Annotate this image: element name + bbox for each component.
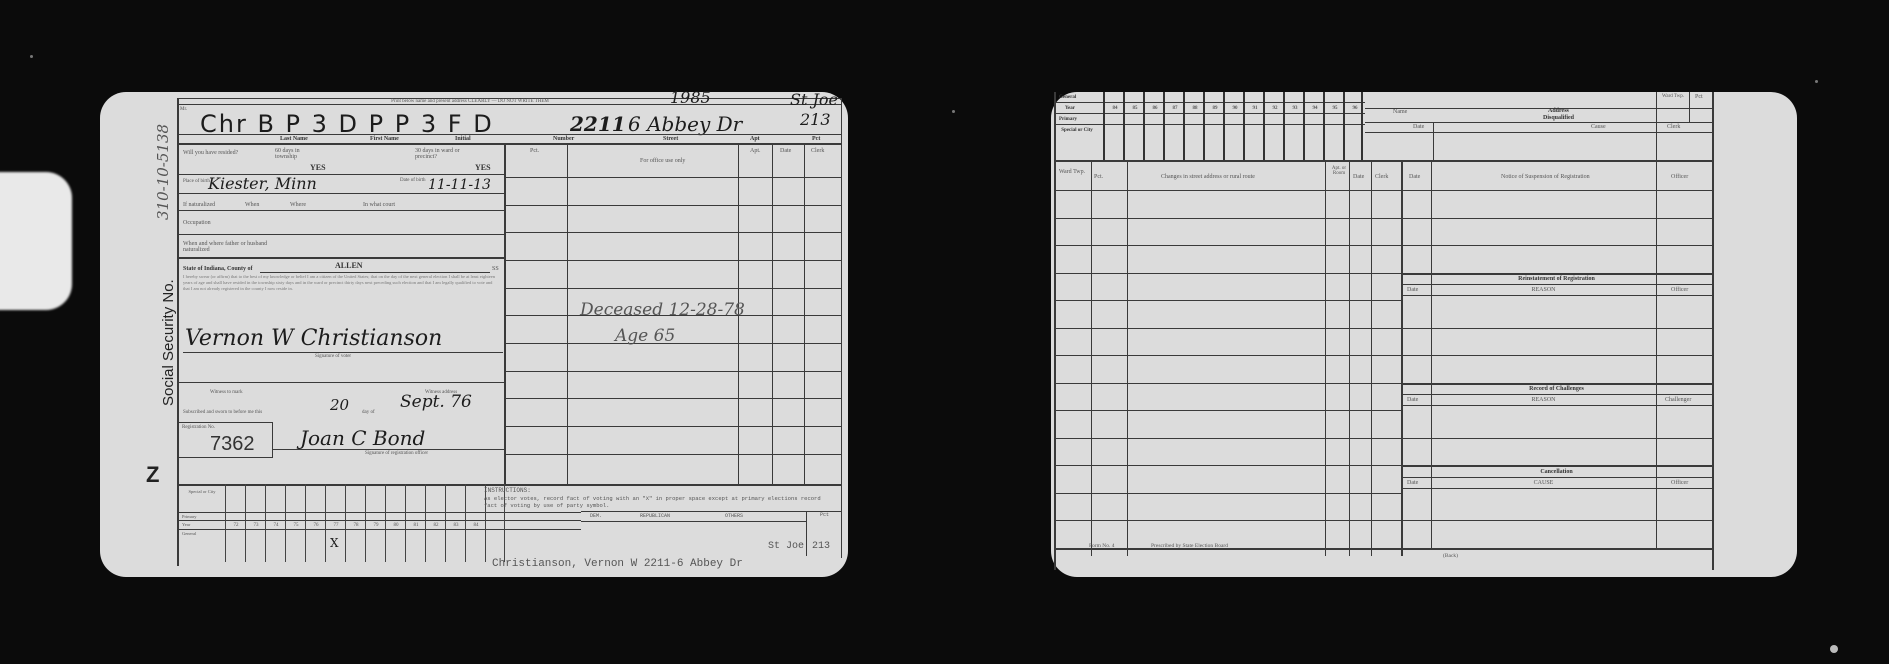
office-header-clerk: Clerk [811, 148, 824, 154]
grid-year: 93 [1285, 106, 1305, 111]
naturalized-label: If naturalized [183, 202, 215, 208]
rule [177, 210, 504, 211]
label-initial: Initial [455, 136, 471, 142]
rule [1054, 160, 1712, 162]
dust-speck [952, 110, 955, 113]
grid-year: 88 [1185, 106, 1205, 111]
back-address-label: Address [1548, 108, 1569, 114]
rule [1401, 245, 1712, 246]
occupation-label: Occupation [183, 220, 211, 226]
back-name-label: Name [1393, 109, 1407, 115]
pct-box-label: Pct [820, 513, 829, 518]
rule [177, 143, 841, 145]
suspension-header-officer: Officer [1671, 174, 1688, 180]
footer-form-no: Form No. 4 [1089, 544, 1115, 550]
grid-year: 84 [466, 523, 486, 528]
sworn-day: 20 [330, 398, 349, 413]
divider [1349, 160, 1350, 556]
grid-year: 76 [306, 523, 326, 528]
reinstatement-header-officer: Officer [1671, 287, 1688, 293]
birthplace-value: Kiester, Minn [208, 176, 317, 192]
changes-header-date: Date [1353, 174, 1364, 180]
q2-answer: YES [310, 164, 326, 172]
back-grid-year: Year [1065, 106, 1075, 111]
registration-no-label: Registration No. [182, 425, 215, 430]
typed-township: St Joe [768, 542, 804, 552]
rule [581, 511, 841, 512]
rule [1054, 190, 1401, 191]
back-ward-twp-label: Ward Twp. [1657, 94, 1689, 99]
label-apt: Apt [750, 136, 760, 142]
frame-right [1712, 92, 1714, 570]
rule [1401, 405, 1712, 406]
witness-label: Witness to mark [210, 390, 243, 395]
rule [1054, 245, 1401, 246]
voter-signature: Vernon W Christianson [185, 328, 442, 350]
q3-answer: YES [475, 164, 491, 172]
voter-signature-label: Signature of voter [315, 354, 351, 359]
registration-no: 7362 [210, 434, 255, 454]
party-rep: REPUBLICAN [640, 514, 670, 519]
rule [1054, 328, 1401, 329]
divider [1433, 122, 1434, 160]
suspension-header-notice: Notice of Suspension of Registration [1501, 174, 1590, 180]
changes-header-apt: Apt. or Room [1327, 166, 1351, 176]
grid-year: 72 [226, 523, 246, 528]
rule [1401, 394, 1712, 395]
grid-year: 92 [1265, 106, 1285, 111]
divider [1325, 160, 1326, 556]
rule [1401, 383, 1712, 385]
prefix-label: Mr. [180, 107, 187, 112]
rule [1054, 218, 1401, 219]
grid-label-primary: Primary [182, 515, 197, 520]
divider [1689, 92, 1690, 122]
rule [260, 272, 490, 273]
divider [1371, 160, 1372, 556]
grid-year: 79 [366, 523, 386, 528]
rule [504, 454, 841, 455]
divider [1401, 160, 1403, 556]
officer-signature: Joan C Bond [300, 428, 425, 448]
rule [1401, 465, 1712, 467]
back-cause-label: Cause [1591, 124, 1606, 130]
officer-signature-label: Signature of registration officer [365, 451, 428, 456]
top-note-2: St Joe [790, 92, 838, 108]
rule [504, 426, 841, 427]
rule [1401, 328, 1712, 329]
changes-header-ward: Ward Twp. [1055, 169, 1089, 175]
divider [504, 143, 506, 484]
rule [177, 134, 841, 135]
rule [1401, 438, 1712, 439]
grid-year: 82 [426, 523, 446, 528]
changes-header-clerk: Clerk [1375, 174, 1388, 180]
rule [1401, 355, 1712, 356]
divider [1127, 160, 1128, 556]
precinct-handwritten: 213 [800, 112, 831, 128]
back-pct-label: Pct [1695, 94, 1703, 100]
naturalized-when: When [245, 202, 259, 208]
office-note-age: Age 65 [615, 328, 675, 345]
divider [806, 511, 807, 556]
back-grid-general: General [1059, 95, 1076, 100]
back-election-grid-columns: 84 85 86 87 88 89 90 91 92 93 94 95 96 [1103, 92, 1363, 160]
naturalized-court: In what court [363, 202, 395, 208]
election-grid-columns: 72 73 74 75 76 77X 78 79 80 81 82 83 84 [225, 484, 505, 562]
changes-header-pct: Pct. [1094, 174, 1103, 180]
rule [1054, 493, 1401, 494]
birthdate-value: 11-11-13 [428, 178, 491, 192]
rule [1054, 273, 1401, 274]
rule [581, 521, 806, 522]
back-date-label: Date [1413, 124, 1424, 130]
rule [177, 193, 504, 194]
registration-card-back: General Year Primary Special or City 84 … [1051, 92, 1797, 577]
label-pct: Pct [812, 136, 820, 142]
rule [1401, 273, 1712, 275]
grid-year: 89 [1205, 106, 1225, 111]
party-dem: DEM. [590, 514, 602, 519]
reinstatement-header-reason: REASON [1431, 287, 1656, 293]
divider [1656, 92, 1657, 160]
suspension-header-date: Date [1409, 174, 1420, 180]
grid-year: 80 [386, 523, 406, 528]
rule [1054, 465, 1401, 466]
grid-year: 75 [286, 523, 306, 528]
grid-label-special: Special or City [182, 490, 222, 495]
sworn-day-label: day of [362, 410, 375, 415]
q2-label: 60 days in township [275, 148, 315, 160]
rule [1401, 218, 1712, 219]
challenges-title: Record of Challenges [1401, 386, 1712, 392]
naturalized-where: Where [290, 202, 306, 208]
cancellation-header-date: Date [1407, 480, 1418, 486]
rule [1365, 108, 1712, 109]
rule [1401, 284, 1712, 285]
county-value: ALLEN [335, 262, 363, 270]
grid-label-year: Year [182, 523, 190, 528]
registration-card-front: Social Security No. 310-10-5138 Z Print … [100, 92, 848, 577]
rule [504, 398, 841, 399]
divider [567, 143, 568, 484]
rule [1054, 300, 1401, 301]
dust-speck [30, 55, 33, 58]
top-note: 1985 [670, 90, 711, 106]
grid-year: 95 [1325, 106, 1345, 111]
dust-speck [1815, 80, 1818, 83]
grid-year: 78 [346, 523, 366, 528]
frame-left [1054, 92, 1056, 570]
cancellation-header-cause: CAUSE [1431, 480, 1656, 486]
back-clerk-label: Clerk [1667, 124, 1680, 130]
grid-year: 94 [1305, 106, 1325, 111]
rule [504, 177, 841, 178]
back-disqualified-label: Disqualified [1543, 115, 1574, 121]
rule [1054, 520, 1401, 521]
rule [1365, 122, 1712, 123]
rule [504, 260, 841, 261]
rule [1401, 477, 1712, 478]
label-first-name: First Name [370, 136, 399, 142]
party-others: OTHERS [725, 514, 743, 519]
grid-year: 87 [1165, 106, 1185, 111]
grid-year: 85 [1125, 106, 1145, 111]
label-number: Number [553, 136, 574, 142]
rule [1401, 295, 1712, 296]
typed-precinct: 213 [812, 542, 830, 552]
grid-year: 73 [246, 523, 266, 528]
grid-year: 74 [266, 523, 286, 528]
divider [1091, 160, 1092, 556]
sworn-label: Subscribed and sworn to before me this [183, 410, 262, 415]
grid-year: 96 [1345, 106, 1365, 111]
label-last-name: Last Name [280, 136, 308, 142]
address-street: 6 Abbey Dr [628, 114, 742, 134]
rule [1054, 383, 1401, 384]
back-grid-primary: Primary [1059, 117, 1077, 122]
name-handwritten: Chr B P 3 D P P 3 F D [200, 112, 494, 136]
frame-left [177, 98, 179, 566]
changes-header-address: Changes in street address or rural route [1161, 174, 1255, 180]
frame-right [841, 98, 842, 558]
divider [772, 143, 773, 484]
rule [1054, 355, 1401, 356]
q3-label: 30 days in ward or precinct? [415, 148, 465, 160]
typed-index: Christianson, Vernon W 2211-6 Abbey Dr [492, 559, 743, 570]
grid-year: 84 [1105, 106, 1125, 111]
label-street: Street [663, 136, 678, 142]
grid-year: 91 [1245, 106, 1265, 111]
office-header-date: Date [780, 148, 791, 154]
birthdate-label: Date of birth [400, 178, 426, 183]
back-grid-special: Special or City [1057, 128, 1097, 133]
reinstatement-title: Reinstatement of Registration [1401, 276, 1712, 282]
office-header-office-use: For office use only [640, 158, 685, 164]
rule [1054, 438, 1401, 439]
rule [504, 205, 841, 206]
rule [177, 257, 504, 259]
grid-year: 90 [1225, 106, 1245, 111]
divider [804, 143, 805, 484]
rule [504, 288, 841, 289]
address-number: 2211 [570, 114, 626, 134]
film-overexposure [0, 172, 72, 310]
ssn-handwritten: 310-10-5138 [156, 124, 171, 220]
rule [1365, 132, 1712, 133]
rule [273, 449, 504, 450]
instructions-label: INSTRUCTIONS: [484, 488, 531, 494]
rule [183, 352, 503, 353]
office-note-deceased: Deceased 12-28-78 [580, 302, 745, 319]
challenges-header-challenger: Challenger [1665, 397, 1691, 403]
birthplace-label: Place of birth [183, 179, 210, 184]
rule [1401, 190, 1712, 191]
ssn-label: Social Security No. [160, 279, 177, 406]
rule [1054, 410, 1401, 411]
grid-year: 77 [326, 523, 346, 528]
challenges-header-date: Date [1407, 397, 1418, 403]
oath-text: I hereby swear (or affirm) that to the b… [183, 274, 499, 292]
footer-prescribed: Prescribed by State Election Board [1151, 544, 1228, 550]
rule [504, 371, 841, 372]
header-instruction: Print below name and present address CLE… [320, 99, 620, 104]
reinstatement-header-date: Date [1407, 287, 1418, 293]
rule [177, 104, 841, 105]
rule [1401, 488, 1712, 489]
q1-label: Will you have resided? [183, 150, 238, 156]
grid-year: 81 [406, 523, 426, 528]
disability-label: When and where father or husband natural… [183, 241, 273, 253]
grid-year: 86 [1145, 106, 1165, 111]
grid-label-general: General [182, 532, 196, 537]
rule [177, 234, 504, 235]
challenges-header-reason: REASON [1431, 397, 1656, 403]
sworn-month-year: Sept. 76 [400, 394, 472, 411]
footer-back: (Back) [1443, 554, 1458, 560]
office-header-pct: Pct. [530, 148, 539, 154]
rule [177, 382, 504, 383]
dust-speck [1830, 645, 1838, 653]
ss-label: SS [492, 266, 499, 272]
rule [1401, 520, 1712, 521]
state-county-label: State of Indiana, County of [183, 266, 253, 272]
grid-year: 83 [446, 523, 466, 528]
instructions-text: As elector votes, record fact of voting … [484, 495, 834, 509]
cancellation-header-officer: Officer [1671, 480, 1688, 486]
rule [504, 232, 841, 233]
general-vote-mark: X [330, 537, 339, 549]
side-letter: Z [146, 462, 159, 488]
office-header-apt: Apt. [750, 148, 761, 154]
cancellation-title: Cancellation [1401, 469, 1712, 475]
